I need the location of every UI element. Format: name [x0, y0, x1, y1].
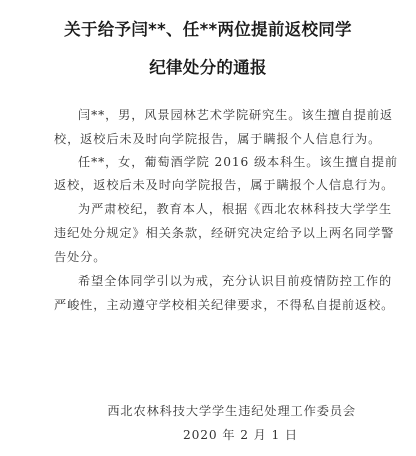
paragraph-line: 严峻性，主动遵守学校相关纪律要求，不得私自提前返校。: [54, 296, 364, 313]
paragraph-line: 告处分。: [54, 248, 364, 265]
document-page: 关于给予闫**、任**两位提前返校同学 纪律处分的通报 闫**，男，风景园林艺术…: [0, 0, 416, 456]
signature-date: 2020 年 2 月 1 日: [0, 426, 416, 443]
paragraph-line: 任**，女，葡萄酒学院 2016 级本科生。该生擅自提前: [78, 153, 364, 170]
paragraph-line: 违纪处分规定》相关条款，经研究决定给予以上两名同学警: [54, 224, 364, 241]
paragraph-line: 闫**，男，风景园林艺术学院研究生。该生擅自提前返: [78, 106, 364, 123]
paragraph-line: 希望全体同学引以为戒，充分认识目前疫情防控工作的: [78, 272, 364, 289]
paragraph-line: 返校，返校后未及时向学院报告，属于瞒报个人信息行为。: [54, 176, 364, 193]
paragraph-line: 为严肃校纪，教育本人，根据《西北农林科技大学学生: [78, 200, 364, 217]
document-title-line-1: 关于给予闫**、任**两位提前返校同学: [0, 16, 416, 40]
signature-organization: 西北农林科技大学学生违纪处理工作委员会: [0, 402, 416, 419]
document-title-line-2: 纪律处分的通报: [0, 54, 416, 78]
paragraph-line: 校，返校后未及时向学院报告，属于瞒报个人信息行为。: [54, 130, 364, 147]
